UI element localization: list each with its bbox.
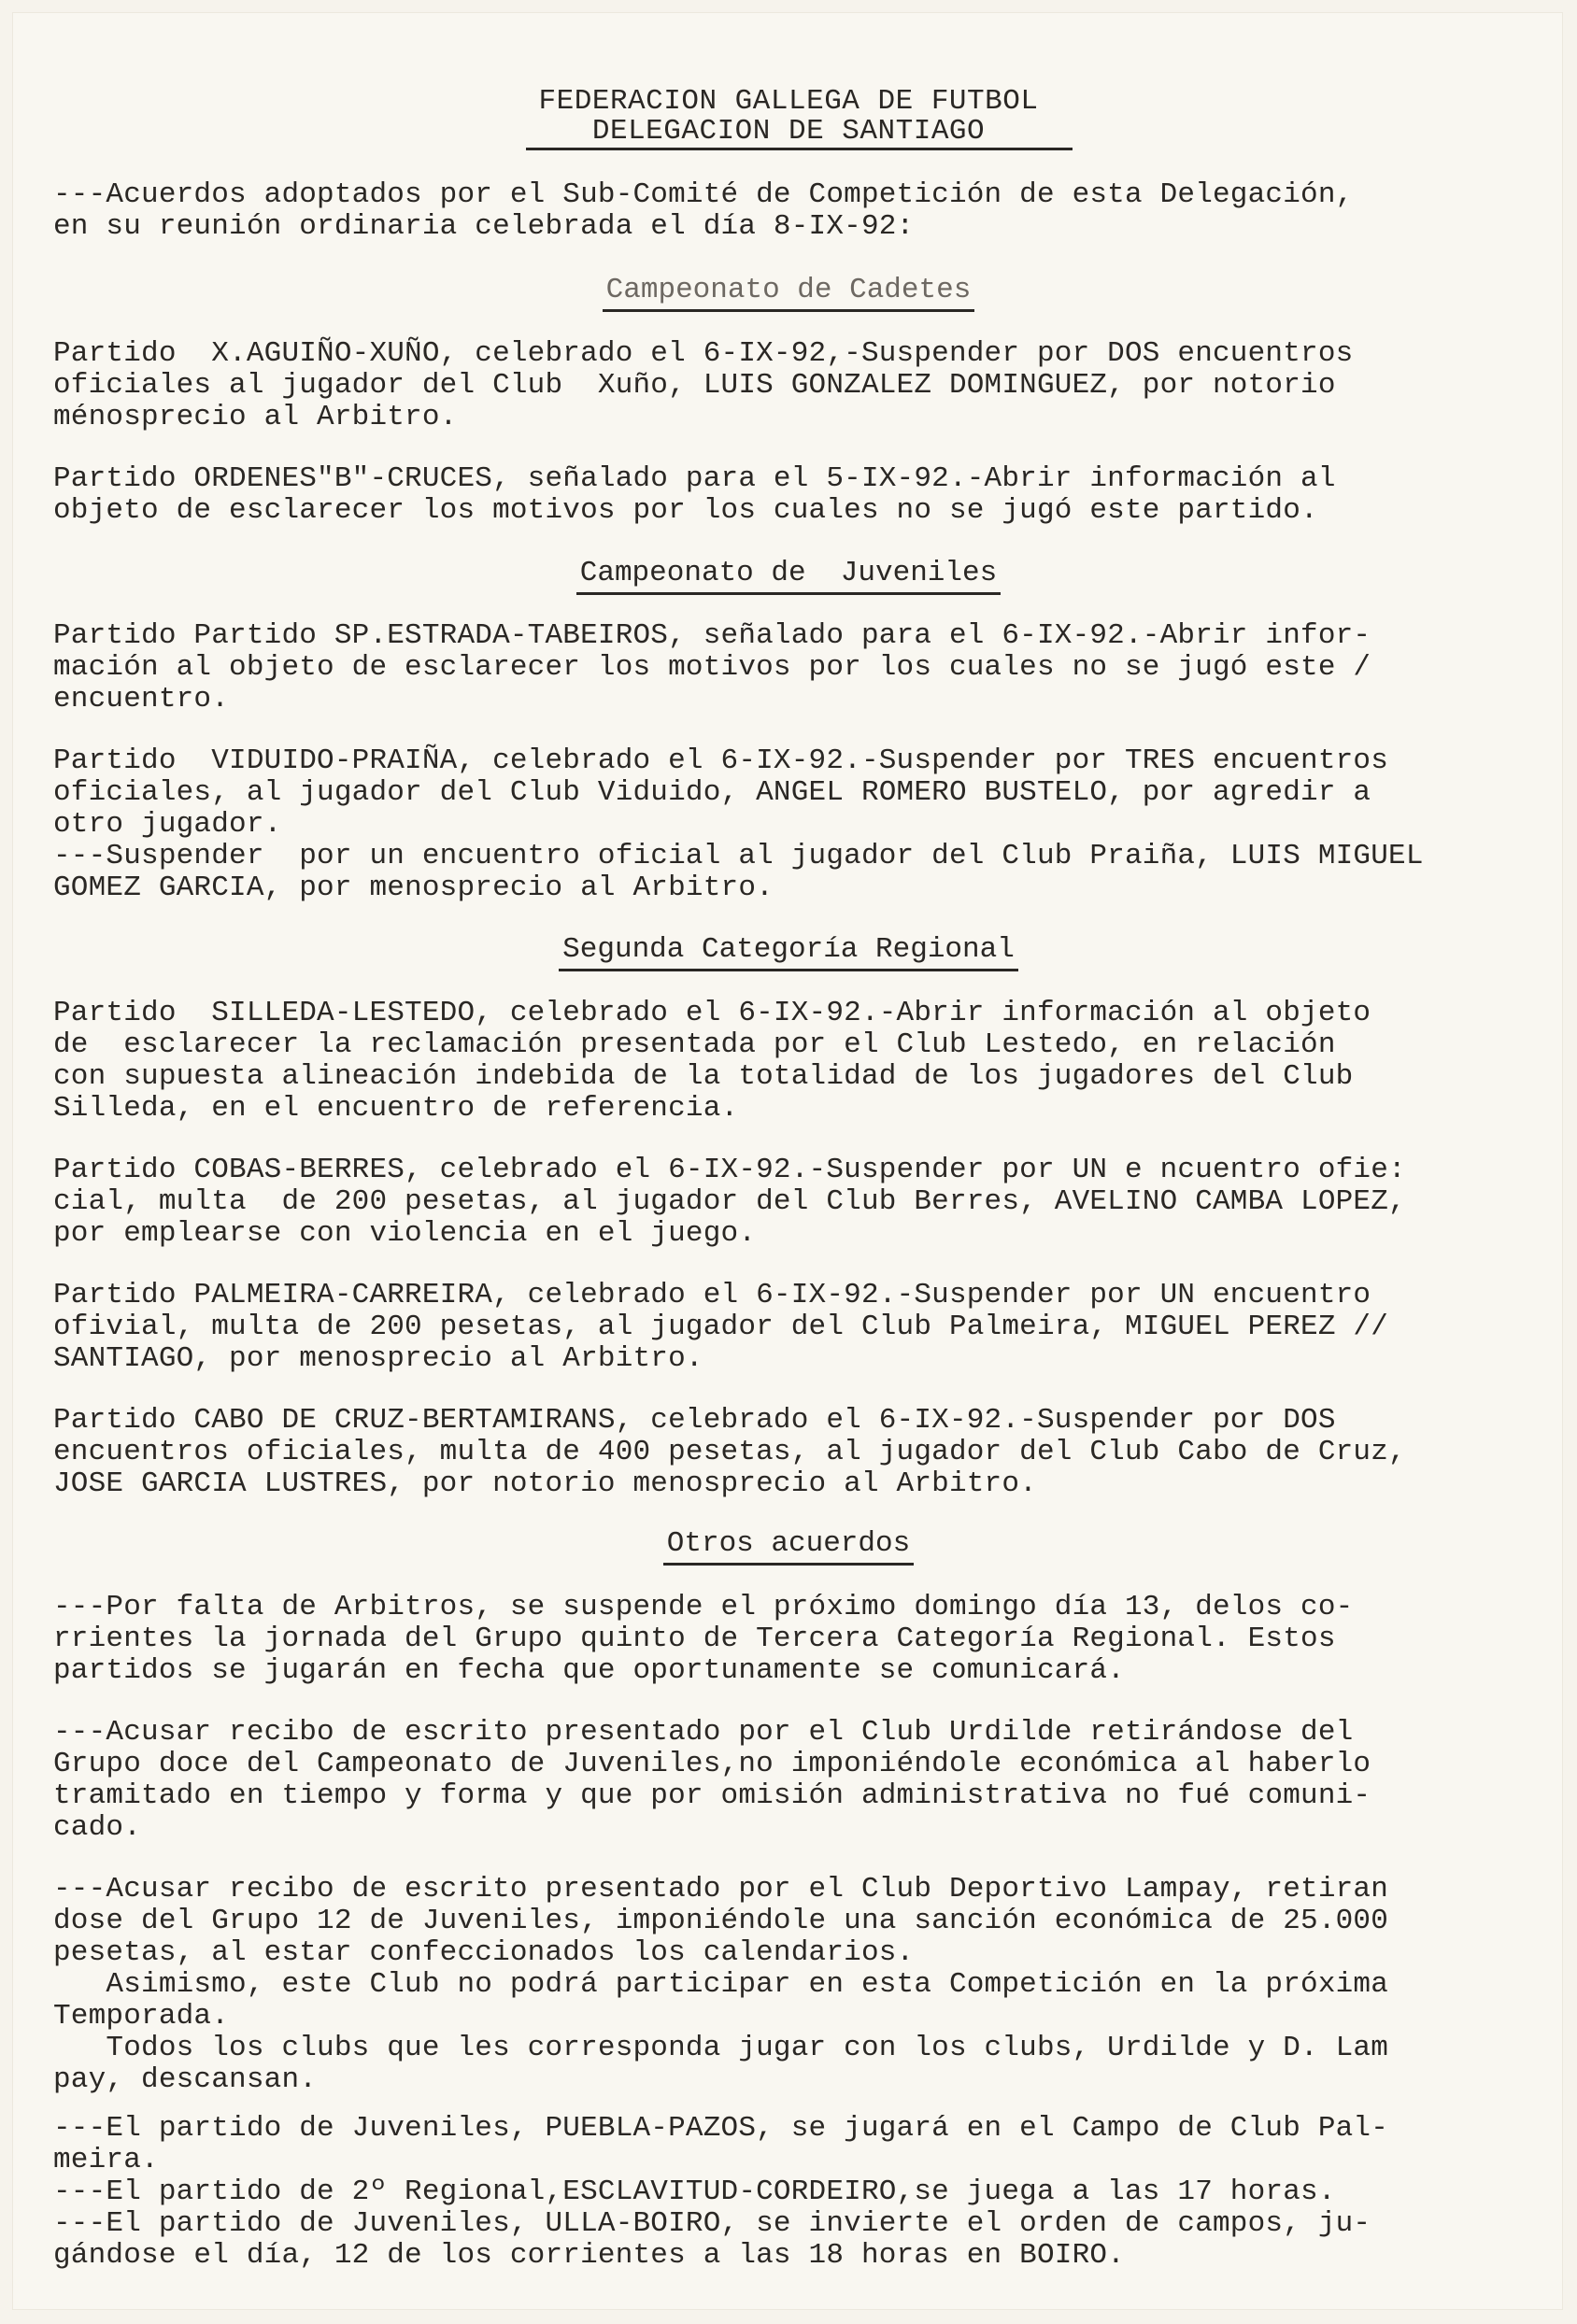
- paragraph-line: mación al objeto de esclarecer los motiv…: [53, 652, 1371, 684]
- paragraph-line: Temporada.: [53, 2001, 229, 2033]
- paragraph-line: GOMEZ GARCIA, por menosprecio al Arbitro…: [53, 872, 774, 904]
- paragraph-line: SANTIAGO, por menosprecio al Arbitro.: [53, 1343, 703, 1375]
- intro-line-1: ---Acuerdos adoptados por el Sub-Comité …: [53, 179, 1353, 211]
- paragraph-line: JOSE GARCIA LUSTRES, por notorio menospr…: [53, 1468, 1037, 1500]
- paragraph-line: ménosprecio al Arbitro.: [53, 402, 457, 433]
- paragraph-line: Partido PALMEIRA-CARREIRA, celebrado el …: [53, 1280, 1371, 1311]
- section-heading-cadetes: Campeonato de Cadetes: [0, 275, 1577, 312]
- section-heading-otros-acuerdos: Otros acuerdos: [0, 1528, 1577, 1566]
- paragraph-line: Partido COBAS-BERRES, celebrado el 6-IX-…: [53, 1155, 1406, 1186]
- paragraph-line: cial, multa de 200 pesetas, al jugador d…: [53, 1186, 1406, 1218]
- paragraph-line: encuentros oficiales, multa de 400 peset…: [53, 1437, 1406, 1468]
- section-heading-segunda-regional: Segunda Categoría Regional: [0, 934, 1577, 971]
- paragraph-line: rrientes la jornada del Grupo quinto de …: [53, 1623, 1336, 1655]
- header-federation: FEDERACION GALLEGA DE FUTBOL: [0, 86, 1577, 118]
- paragraph-line: por emplearse con violencia en el juego.: [53, 1218, 756, 1250]
- paragraph-line: Grupo doce del Campeonato de Juveniles,n…: [53, 1749, 1371, 1780]
- paragraph-line: tramitado en tiempo y forma y que por om…: [53, 1780, 1371, 1812]
- header-delegation: DELEGACION DE SANTIAGO: [0, 116, 1577, 148]
- paragraph-line: Todos los clubs que les corresponda juga…: [53, 2033, 1388, 2064]
- paragraph-line: pesetas, al estar confeccionados los cal…: [53, 1937, 914, 1969]
- paragraph-line: gándose el día, 12 de los corrientes a l…: [53, 2240, 1125, 2272]
- paragraph-line: ofivial, multa de 200 pesetas, al jugado…: [53, 1311, 1388, 1343]
- header-underline: [526, 148, 1073, 150]
- paragraph-line: objeto de esclarecer los motivos por los…: [53, 495, 1318, 527]
- paragraph-line: Partido VIDUIDO-PRAIÑA, celebrado el 6-I…: [53, 745, 1388, 777]
- paragraph-line: oficiales al jugador del Club Xuño, LUIS…: [53, 370, 1336, 402]
- paragraph-line: Partido SILLEDA-LESTEDO, celebrado el 6-…: [53, 998, 1371, 1029]
- paragraph-line: Partido ORDENES"B"-CRUCES, señalado para…: [53, 463, 1336, 495]
- paragraph-line: con supuesta alineación indebida de la t…: [53, 1061, 1353, 1093]
- paragraph-line: ---El partido de Juveniles, ULLA-BOIRO, …: [53, 2208, 1371, 2240]
- paragraph-line: Partido Partido SP.ESTRADA-TABEIROS, señ…: [53, 620, 1371, 652]
- paragraph-line: encuentro.: [53, 684, 229, 716]
- paragraph-line: ---Por falta de Arbitros, se suspende el…: [53, 1592, 1353, 1623]
- paragraph-line: ---Acusar recibo de escrito presentado p…: [53, 1874, 1388, 1906]
- paragraph-line: Partido X.AGUIÑO-XUÑO, celebrado el 6-IX…: [53, 338, 1353, 370]
- paragraph-line: ---El partido de 2º Regional,ESCLAVITUD-…: [53, 2176, 1336, 2208]
- paragraph-line: Partido CABO DE CRUZ-BERTAMIRANS, celebr…: [53, 1405, 1336, 1437]
- paragraph-line: de esclarecer la reclamación presentada …: [53, 1029, 1336, 1061]
- paragraph-line: partidos se jugarán en fecha que oportun…: [53, 1655, 1125, 1687]
- paragraph-line: otro jugador.: [53, 809, 281, 841]
- paragraph-line: meira.: [53, 2145, 159, 2176]
- paragraph-line: cado.: [53, 1812, 141, 1844]
- paragraph-line: Asimismo, este Club no podrá participar …: [53, 1969, 1388, 2001]
- paragraph-line: dose del Grupo 12 de Juveniles, imponién…: [53, 1906, 1388, 1937]
- section-heading-juveniles: Campeonato de Juveniles: [0, 558, 1577, 595]
- intro-line-2: en su reunión ordinaria celebrada el día…: [53, 211, 914, 243]
- paragraph-line: oficiales, al jugador del Club Viduido, …: [53, 777, 1371, 809]
- paragraph-line: Silleda, en el encuentro de referencia.: [53, 1093, 738, 1125]
- paragraph-line: ---El partido de Juveniles, PUEBLA-PAZOS…: [53, 2113, 1388, 2145]
- paragraph-line: pay, descansan.: [53, 2064, 317, 2096]
- paragraph-line: ---Acusar recibo de escrito presentado p…: [53, 1717, 1353, 1749]
- paragraph-line: ---Suspender por un encuentro oficial al…: [53, 841, 1424, 872]
